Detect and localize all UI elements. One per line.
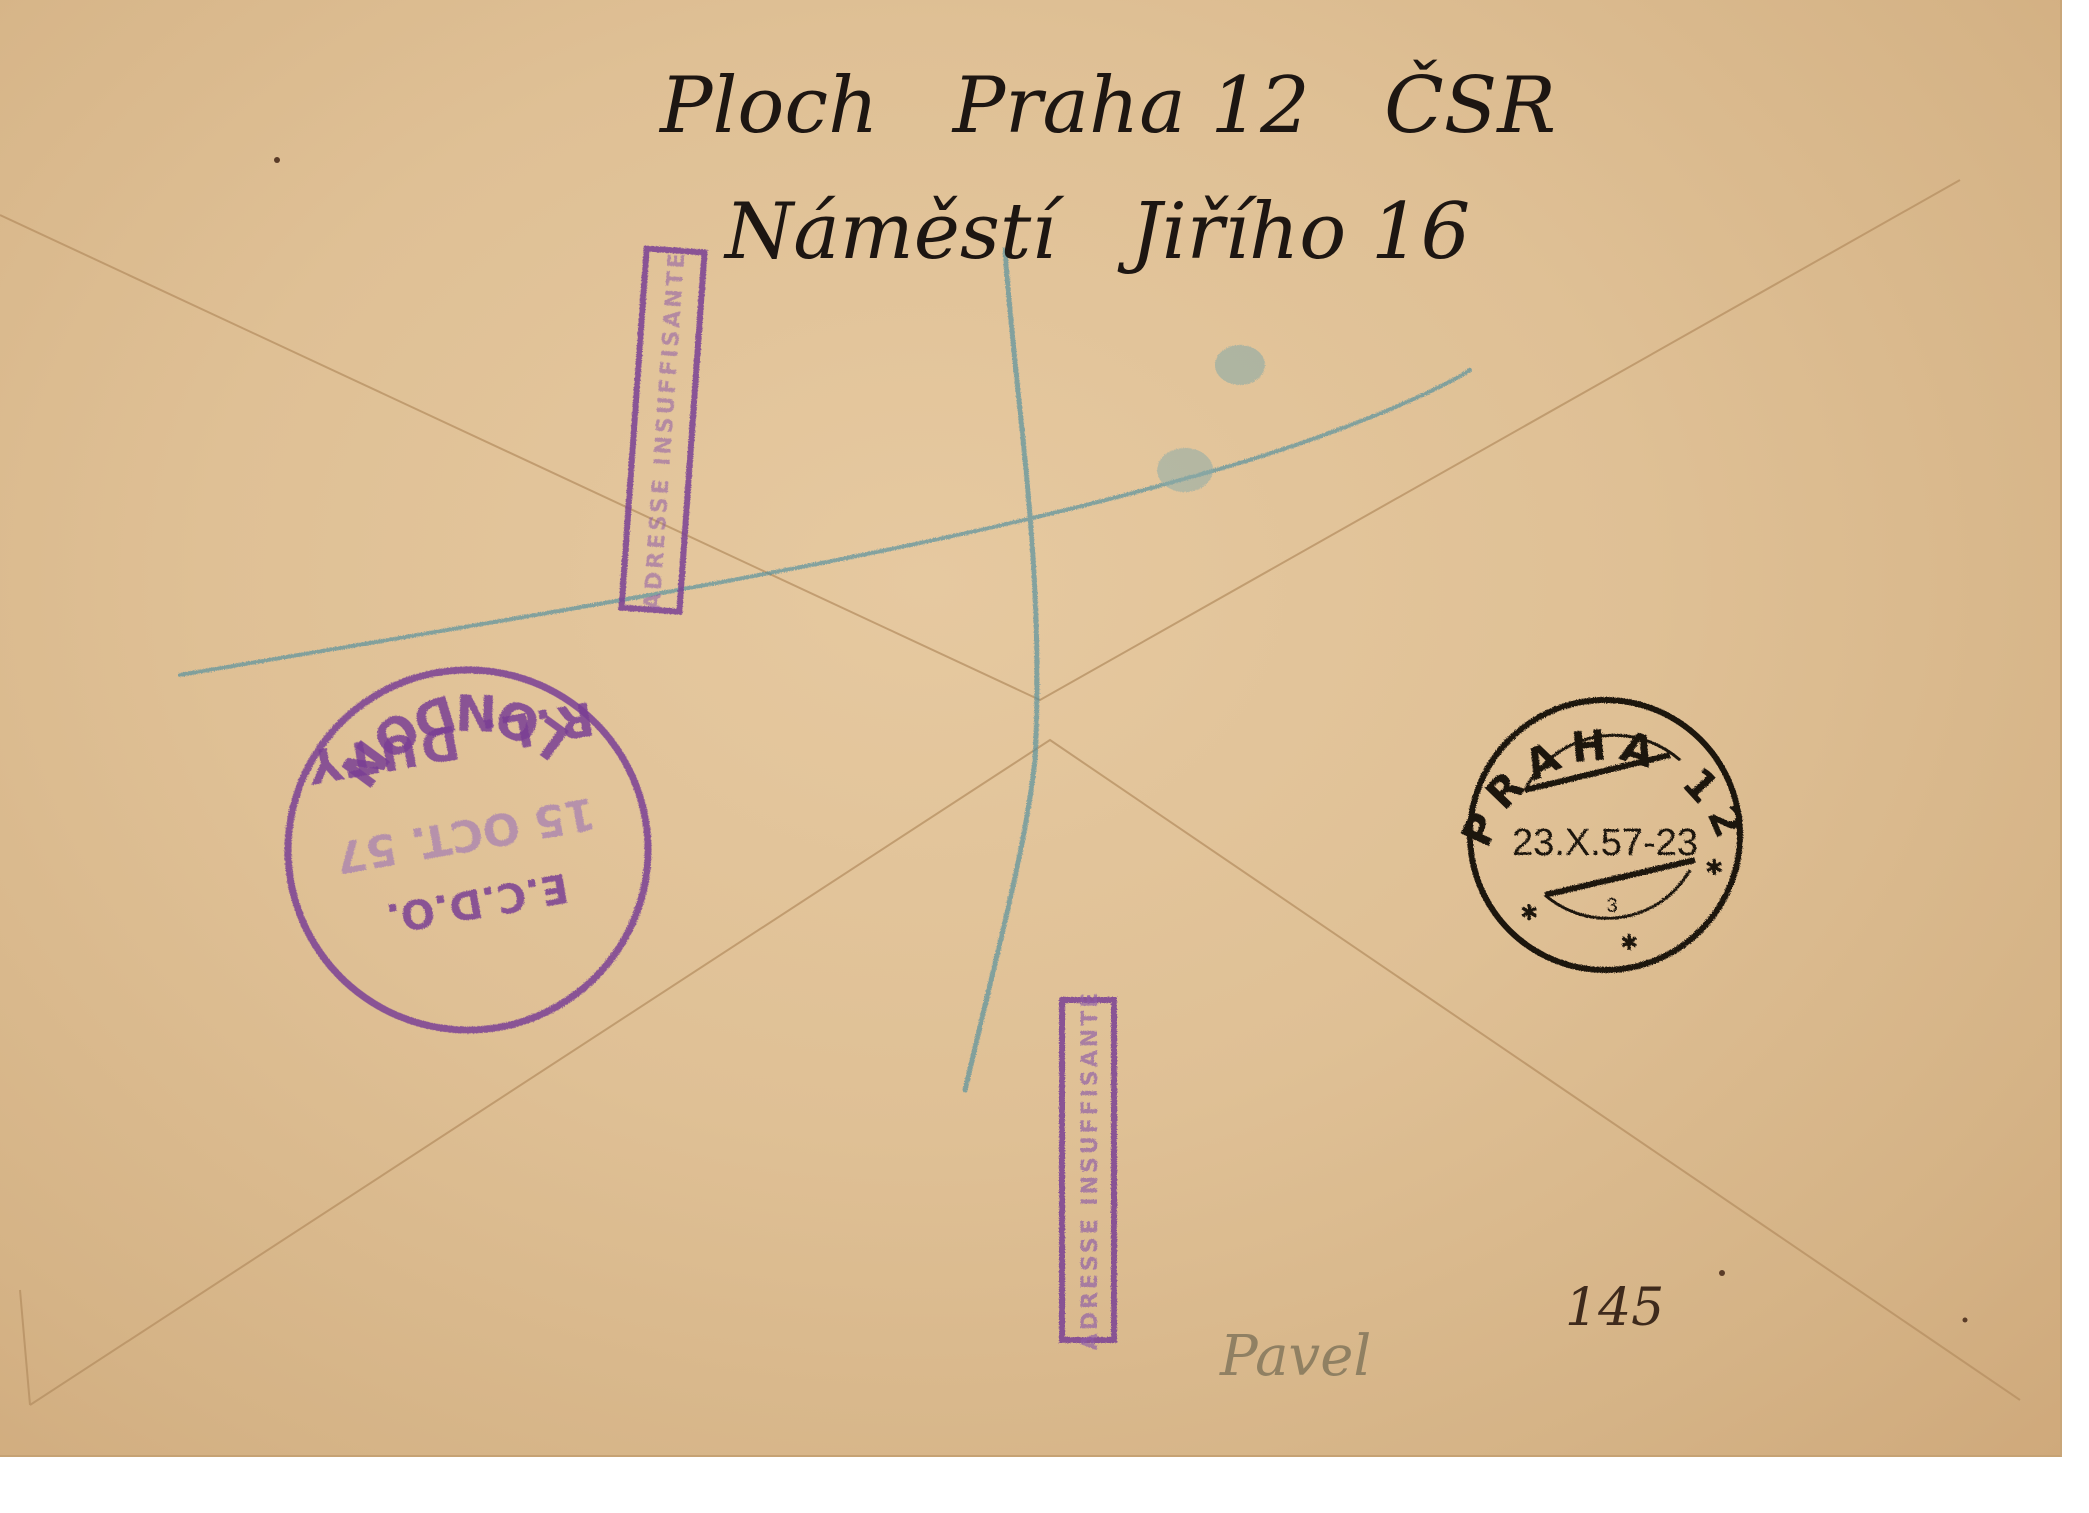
- london-office: E.C.D.O.: [383, 864, 572, 941]
- cachet-text: ADRESSE INSUFFISANTE: [1078, 990, 1103, 1351]
- praha-sub: 3: [1606, 895, 1617, 917]
- blue-crayon-marks: [180, 250, 1470, 1090]
- praha-postmark: PRAHA 12 23.X.57-23 3 ✱ ✱ ✱: [1452, 700, 1759, 970]
- star-icon: ✱: [1705, 855, 1723, 880]
- pencil-number: 145: [1565, 1278, 1664, 1338]
- cachet-upper-left: ADRESSE INSUFFISANTE: [621, 248, 704, 612]
- london-postmark: LONDON E.C.D.O. 15 OCT. 57 R.L. DUTY: [259, 641, 676, 1058]
- cachet-bottom-center: ADRESSE INSUFFISANTE: [1062, 990, 1114, 1351]
- address-line-2: Náměstí Jiřího 16: [723, 187, 1470, 277]
- envelope-markings: Ploch Praha 12 ČSR Náměstí Jiřího 16 ADR…: [0, 0, 2089, 1513]
- photo-stage: Ploch Praha 12 ČSR Náměstí Jiřího 16 ADR…: [0, 0, 2089, 1513]
- pencil-notes: Pavel 145: [1219, 1278, 1664, 1389]
- pencil-name: Pavel: [1219, 1324, 1371, 1389]
- handwritten-return-address: Ploch Praha 12 ČSR Náměstí Jiřího 16: [658, 58, 1556, 277]
- star-icon: ✱: [1620, 930, 1638, 955]
- address-line-1: Ploch Praha 12 ČSR: [658, 58, 1556, 151]
- praha-date: 23.X.57-23: [1512, 822, 1698, 864]
- star-icon: ✱: [1520, 900, 1538, 925]
